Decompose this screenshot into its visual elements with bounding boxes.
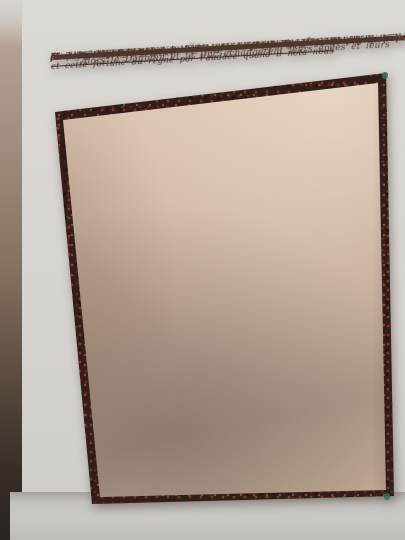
handwritten-text-block: pour naguère; et chacun craignait autant… xyxy=(50,33,389,52)
photo-of-open-manuscript-book: 3 4 pour naguère; et chacun craignait au… xyxy=(0,0,405,540)
teal-fleck-bottom-corner xyxy=(384,493,390,500)
book: 3 4 pour naguère; et chacun craignait au… xyxy=(0,0,405,540)
teal-fleck-top-corner xyxy=(382,72,388,79)
